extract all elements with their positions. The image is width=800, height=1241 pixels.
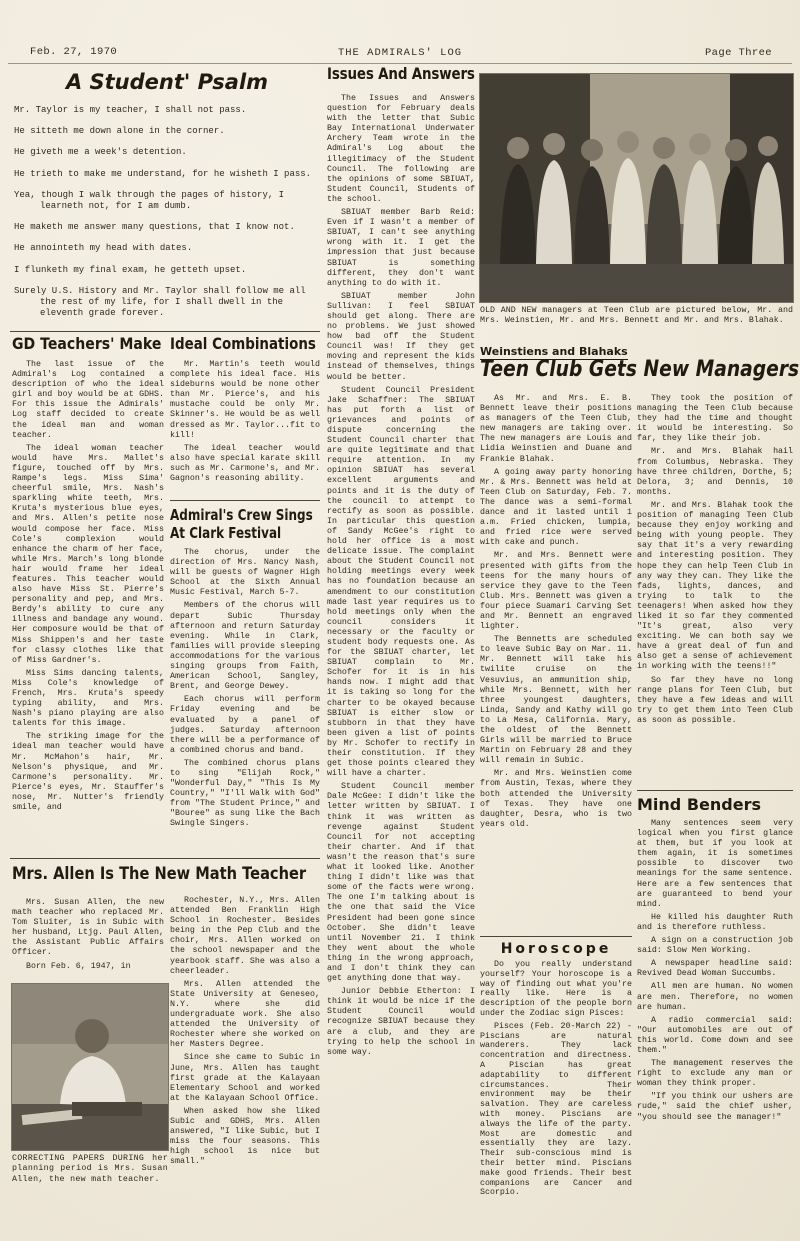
newspaper-page: Feb. 27, 1970 THE ADMIRALS' LOG Page Thr… [0,0,800,1241]
paragraph: So far they have no long range plans for… [637,676,793,726]
crew-festival-body: The chorus, under the direction of Mrs. … [170,548,320,833]
paragraph: SBIUAT member John Sullivan: I feel SBIU… [327,292,475,383]
horoscope-top-rule [480,936,632,937]
issues-body: The Issues and Answers question for Febr… [327,94,475,1224]
paragraph: Rochester, N.Y., Mrs. Allen attended Ben… [170,896,320,977]
math-teacher-headline: Mrs. Allen Is The New Math Teacher [12,864,320,884]
paragraph: Pisces (Feb. 20-March 22) - Piscians are… [480,1022,632,1198]
paragraph: Mr. and Mrs. Blahak took the position of… [637,501,793,673]
teen-club-column-right: They took the position of managing the T… [637,394,793,786]
paragraph: Since she came to Subic in June, Mrs. Al… [170,1053,320,1103]
mind-benders-headline: Mind Benders [637,795,793,814]
paragraph: Members of the chorus will depart Subic … [170,601,320,692]
paragraph: He trieth to make me understand, for he … [14,169,320,180]
math-teacher-column-right: Rochester, N.Y., Mrs. Allen attended Ben… [170,896,320,1240]
paragraph: Mrs. Allen attended the State University… [170,980,320,1051]
paragraph: Born Feb. 6, 1947, in [12,962,164,972]
crew-festival-headline: Admiral's Crew Sings At Clark Festival [170,506,320,542]
psalm-bottom-rule [10,331,320,332]
paragraph: The Issues and Answers question for Febr… [327,94,475,205]
teen-club-photo-illustration [480,74,793,302]
paragraph: He sitteth me down alone in the corner. [14,126,320,137]
math-teacher-column-left: Mrs. Susan Allen, the new math teacher w… [12,898,164,980]
paragraph: A going away party honoring Mr. & Mrs. B… [480,468,632,549]
paragraph: Student Council President Jake Schaffner… [327,386,475,780]
paragraph: Each chorus will perform Friday evening … [170,695,320,756]
paragraph: All men are human. No women are men. The… [637,982,793,1012]
paragraph: Mrs. Susan Allen, the new math teacher w… [12,898,164,959]
gd-teachers-headline-right: Ideal Combinations [170,334,320,353]
paragraph: The Bennetts are scheduled to leave Subi… [480,635,632,766]
paragraph: Many sentences seem very logical when yo… [637,819,793,910]
horoscope-headline: Horoscope [480,941,632,957]
paragraph: Miss Sims dancing talents, Miss Cole's k… [12,669,164,730]
paragraph: A sign on a construction job said: Slow … [637,936,793,956]
paragraph: "If you think our ushers are rude," said… [637,1092,793,1122]
paragraph: When asked how she liked Subic and GDHS,… [170,1107,320,1168]
issues-headline: Issues And Answers [327,64,475,83]
paragraph: The management reserves the right to exc… [637,1059,793,1089]
paragraph: The ideal teacher would also have specia… [170,444,320,484]
paragraph: Student Council member Dale McGee: I did… [327,782,475,984]
paragraph: A radio commercial said: "Our automobile… [637,1016,793,1056]
math-teacher-photo-illustration [12,984,168,1150]
paragraph: SBIUAT member Barb Reid: Even if I wasn'… [327,208,475,289]
article-student-psalm: A Student' Psalm Mr. Taylor is my teache… [14,70,320,329]
teen-club-photo-caption: OLD AND NEW managers at Teen Club are pi… [480,306,793,327]
math-teacher-photo-caption: CORRECTING PAPERS DURING her planning pe… [12,1154,168,1185]
paragraph: I flunketh my final exam, he getteth ups… [14,265,320,276]
gd-teachers-column-left: The last issue of the Admiral's Log cont… [12,360,164,856]
paragraph: Surely U.S. History and Mr. Taylor shall… [14,286,320,320]
article-crew-festival: Admiral's Crew Sings At Clark Festival T… [170,506,320,854]
paragraph: Mr. Martin's teeth would complete his id… [170,360,320,441]
mind-benders-body: Many sentences seem very logical when yo… [637,819,793,1235]
paragraph: The striking image for the ideal man tea… [12,732,164,813]
paragraph: Mr. Taylor is my teacher, I shall not pa… [14,105,320,116]
math-teacher-photo [12,984,168,1150]
paragraph: The combined chorus plans to sing "Elija… [170,759,320,830]
horoscope-body: Do you really understand yourself? Your … [480,960,632,1238]
psalm-verses: Mr. Taylor is my teacher, I shall not pa… [14,105,320,319]
paragraph: He annointeth my head with dates. [14,243,320,254]
paragraph: The chorus, under the direction of Mrs. … [170,548,320,598]
gd-teachers-headline-left: GD Teachers' Make [12,334,164,353]
paragraph: Mr. and Mrs. Bennett were presented with… [480,551,632,632]
paragraph: The ideal woman teacher would have Mrs. … [12,444,164,666]
paragraph: He killed his daughter Ruth and is there… [637,913,793,933]
paragraph: He giveth me a week's detention. [14,147,320,158]
paragraph: Do you really understand yourself? Your … [480,960,632,1019]
page-number-label: Page Three [705,47,772,59]
mind-benders-top-rule [637,790,793,791]
paragraph: He maketh me answer many questions, that… [14,222,320,233]
paragraph: Mr. and Mrs. Blahak hail from Columbus, … [637,447,793,497]
ideal-combinations-rule [170,500,320,501]
paragraph: The last issue of the Admiral's Log cont… [12,360,164,441]
teen-club-column-left: As Mr. and Mrs. E. B. Bennett leave thei… [480,394,632,932]
math-teacher-top-rule [10,858,320,859]
teen-club-photo [480,74,793,302]
paragraph: As Mr. and Mrs. E. B. Bennett leave thei… [480,394,632,465]
masthead-title: THE ADMIRALS' LOG [0,47,800,59]
paragraph: They took the position of managing the T… [637,394,793,444]
gd-teachers-column-right: Mr. Martin's teeth would complete his id… [170,360,320,498]
paragraph: Junior Debbie Etherton: I think it would… [327,987,475,1058]
paragraph: Mr. and Mrs. Weinstien come from Austin,… [480,769,632,830]
psalm-title: A Student' Psalm [14,70,320,94]
paragraph: A newspaper headline said: Revived Dead … [637,959,793,979]
teen-club-headline: Teen Club Gets New Managers [480,357,793,382]
paragraph: Yea, though I walk through the pages of … [14,190,320,212]
